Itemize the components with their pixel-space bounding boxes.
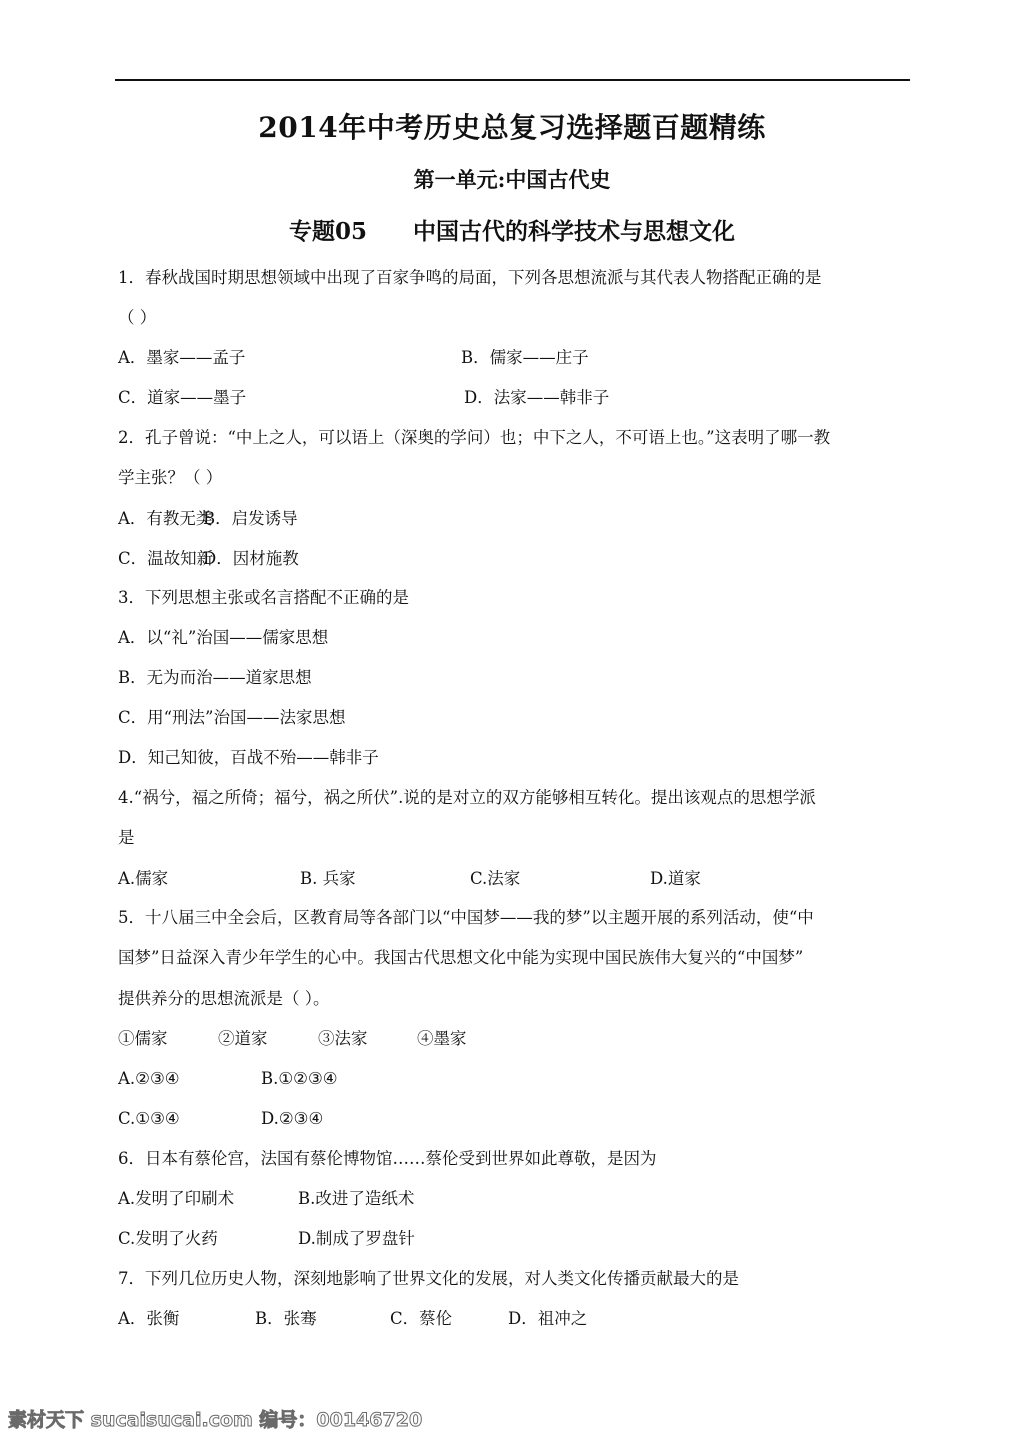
question-5-stem-line-1: 5．十八届三中全会后，区教育局等各部门以“中国梦——我的梦”以主题开展的系列活动…: [118, 906, 814, 930]
question-2-option-a[interactable]: A．有教无类: [118, 507, 212, 531]
question-3-option-a[interactable]: A．以“礼”治国——儒家思想: [118, 626, 328, 650]
question-2-option-d[interactable]: D．因材施教: [203, 547, 299, 571]
question-7-option-d[interactable]: D．祖冲之: [508, 1307, 587, 1331]
question-2-stem-line-2: 学主张？（ ）: [118, 466, 222, 490]
question-2-option-c[interactable]: C．温故知新: [118, 547, 213, 571]
watermark-text: 素材天下 sucaisucai.com 编号：00146720: [8, 1405, 422, 1432]
document-title: 2014年中考历史总复习选择题百题精练: [0, 108, 1024, 148]
question-3-stem-line-1: 3．下列思想主张或名言搭配不正确的是: [118, 586, 409, 610]
question-5-item-2: ②道家: [218, 1027, 268, 1051]
question-6-stem-line-1: 6．日本有蔡伦宫，法国有蔡伦博物馆……蔡伦受到世界如此尊敬，是因为: [118, 1147, 657, 1171]
question-5-option-b[interactable]: B.①②③④: [261, 1067, 338, 1091]
question-3-option-c[interactable]: C．用“刑法”治国——法家思想: [118, 706, 346, 730]
question-7-option-b[interactable]: B．张骞: [255, 1307, 317, 1331]
question-1-option-b[interactable]: B．儒家——庄子: [461, 346, 589, 370]
topic-number: 专题05: [289, 218, 367, 245]
unit-heading: 第一单元:中国古代史: [0, 164, 1024, 196]
header-rule: [115, 79, 910, 81]
question-5-option-c[interactable]: C.①③④: [118, 1107, 180, 1131]
question-5-item-4: ④墨家: [417, 1027, 467, 1051]
question-4-option-b[interactable]: B. 兵家: [300, 867, 356, 891]
question-4-option-d[interactable]: D.道家: [650, 867, 701, 891]
question-4-option-c[interactable]: C.法家: [470, 867, 520, 891]
question-5-option-d[interactable]: D.②③④: [261, 1107, 323, 1131]
question-6-option-c[interactable]: C.发明了火药: [118, 1227, 218, 1251]
question-6-option-a[interactable]: A.发明了印刷术: [118, 1187, 234, 1211]
topic-title: 中国古代的科学技术与思想文化: [413, 218, 735, 245]
question-2-stem-line-1: 2．孔子曾说：“中上之人，可以语上（深奥的学问）也；中下之人，不可语上也。”这表…: [118, 426, 830, 450]
question-5-item-3: ③法家: [318, 1027, 368, 1051]
question-5-option-a[interactable]: A.②③④: [118, 1067, 180, 1091]
question-4-stem-line-1: 4.“祸兮，福之所倚；福兮，祸之所伏”.说的是对立的双方能够相互转化。提出该观点…: [118, 786, 816, 810]
question-1-stem-line-2: （ ）: [118, 306, 156, 330]
question-7-stem-line-1: 7．下列几位历史人物，深刻地影响了世界文化的发展，对人类文化传播贡献最大的是: [118, 1267, 739, 1291]
question-1-option-d[interactable]: D．法家——韩非子: [464, 386, 609, 410]
question-7-option-c[interactable]: C．蔡伦: [390, 1307, 452, 1331]
topic-heading: 专题05中国古代的科学技术与思想文化: [0, 214, 1024, 250]
question-7-option-a[interactable]: A．张衡: [118, 1307, 179, 1331]
question-6-option-d[interactable]: D.制成了罗盘针: [298, 1227, 415, 1251]
question-1-stem-line-1: 1．春秋战国时期思想领域中出现了百家争鸣的局面，下列各思想流派与其代表人物搭配正…: [118, 266, 822, 290]
question-5-stem-line-3: 提供养分的思想流派是（ ）。: [118, 987, 330, 1011]
question-2-option-b[interactable]: B．启发诱导: [203, 507, 298, 531]
question-6-option-b[interactable]: B.改进了造纸术: [298, 1187, 414, 1211]
question-3-option-b[interactable]: B．无为而治——道家思想: [118, 666, 312, 690]
question-5-item-1: ①儒家: [118, 1027, 168, 1051]
question-1-option-a[interactable]: A．墨家——孟子: [118, 346, 245, 370]
question-4-stem-line-2: 是: [118, 826, 135, 850]
question-3-option-d[interactable]: D．知己知彼，百战不殆——韩非子: [118, 746, 379, 770]
question-5-stem-line-2: 国梦”日益深入青少年学生的心中。我国古代思想文化中能为实现中国民族伟大复兴的“中…: [118, 946, 803, 970]
question-1-option-c[interactable]: C．道家——墨子: [118, 386, 246, 410]
question-4-option-a[interactable]: A.儒家: [118, 867, 168, 891]
